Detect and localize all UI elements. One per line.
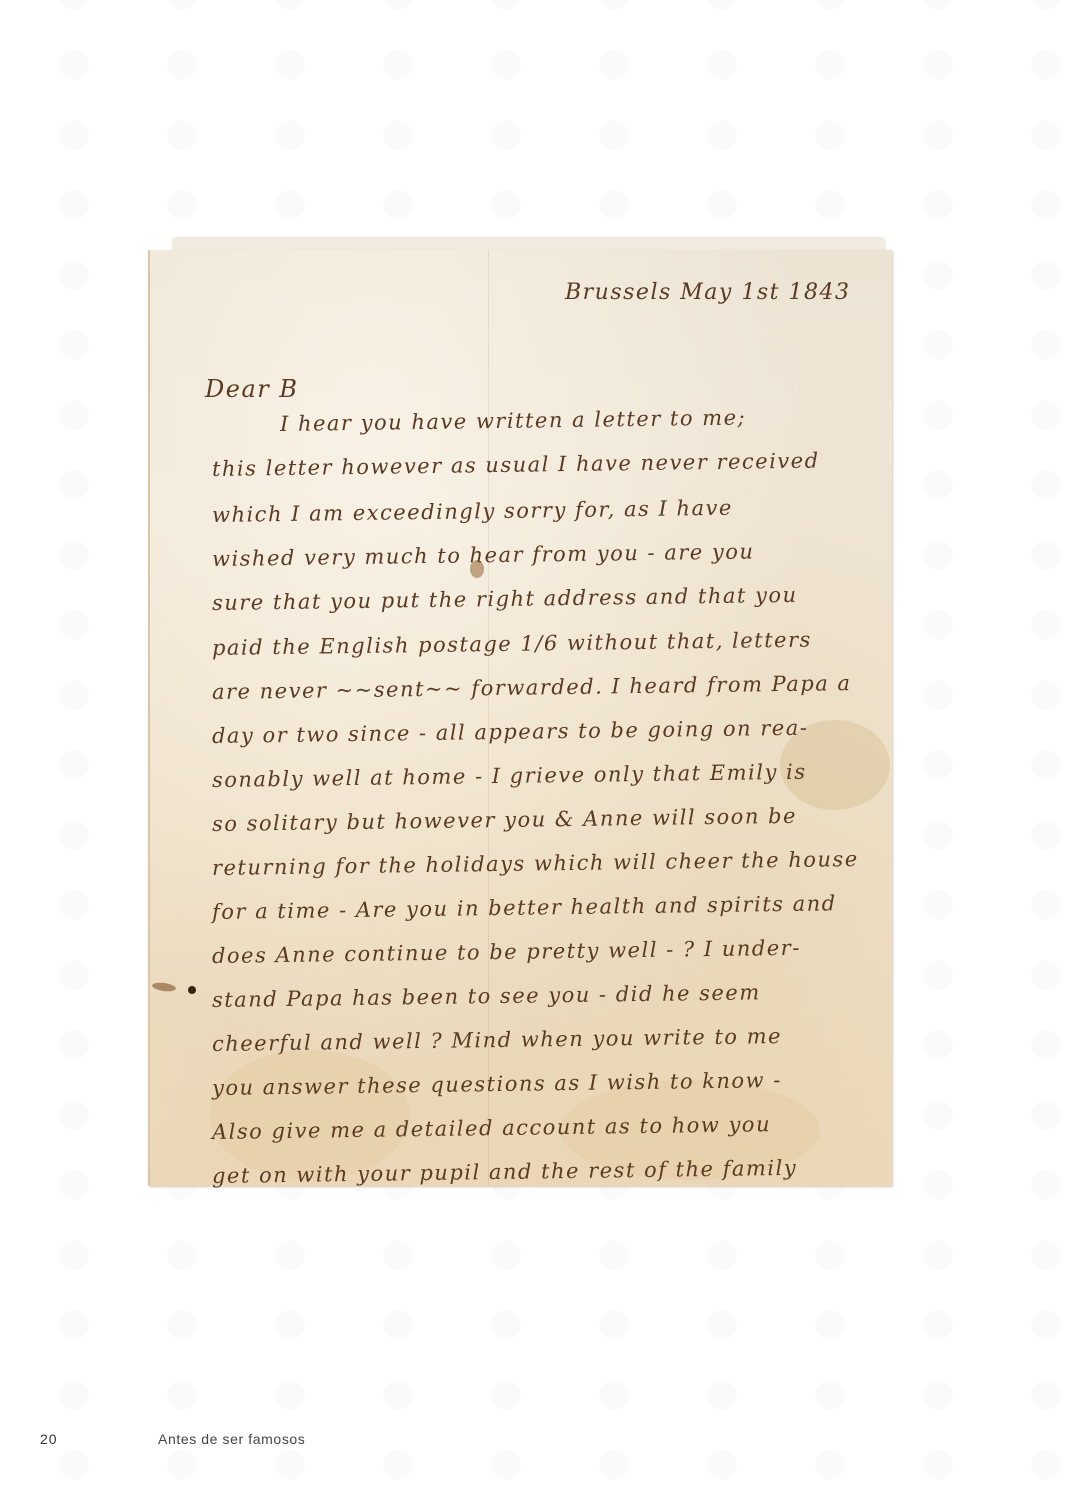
- running-title: Antes de ser famosos: [158, 1431, 305, 1447]
- letter-salutation: Dear B: [205, 375, 299, 403]
- letter-dateline: Brussels May 1st 1843: [565, 280, 850, 305]
- page-number: 20: [40, 1431, 58, 1447]
- ink-blot: [188, 986, 196, 994]
